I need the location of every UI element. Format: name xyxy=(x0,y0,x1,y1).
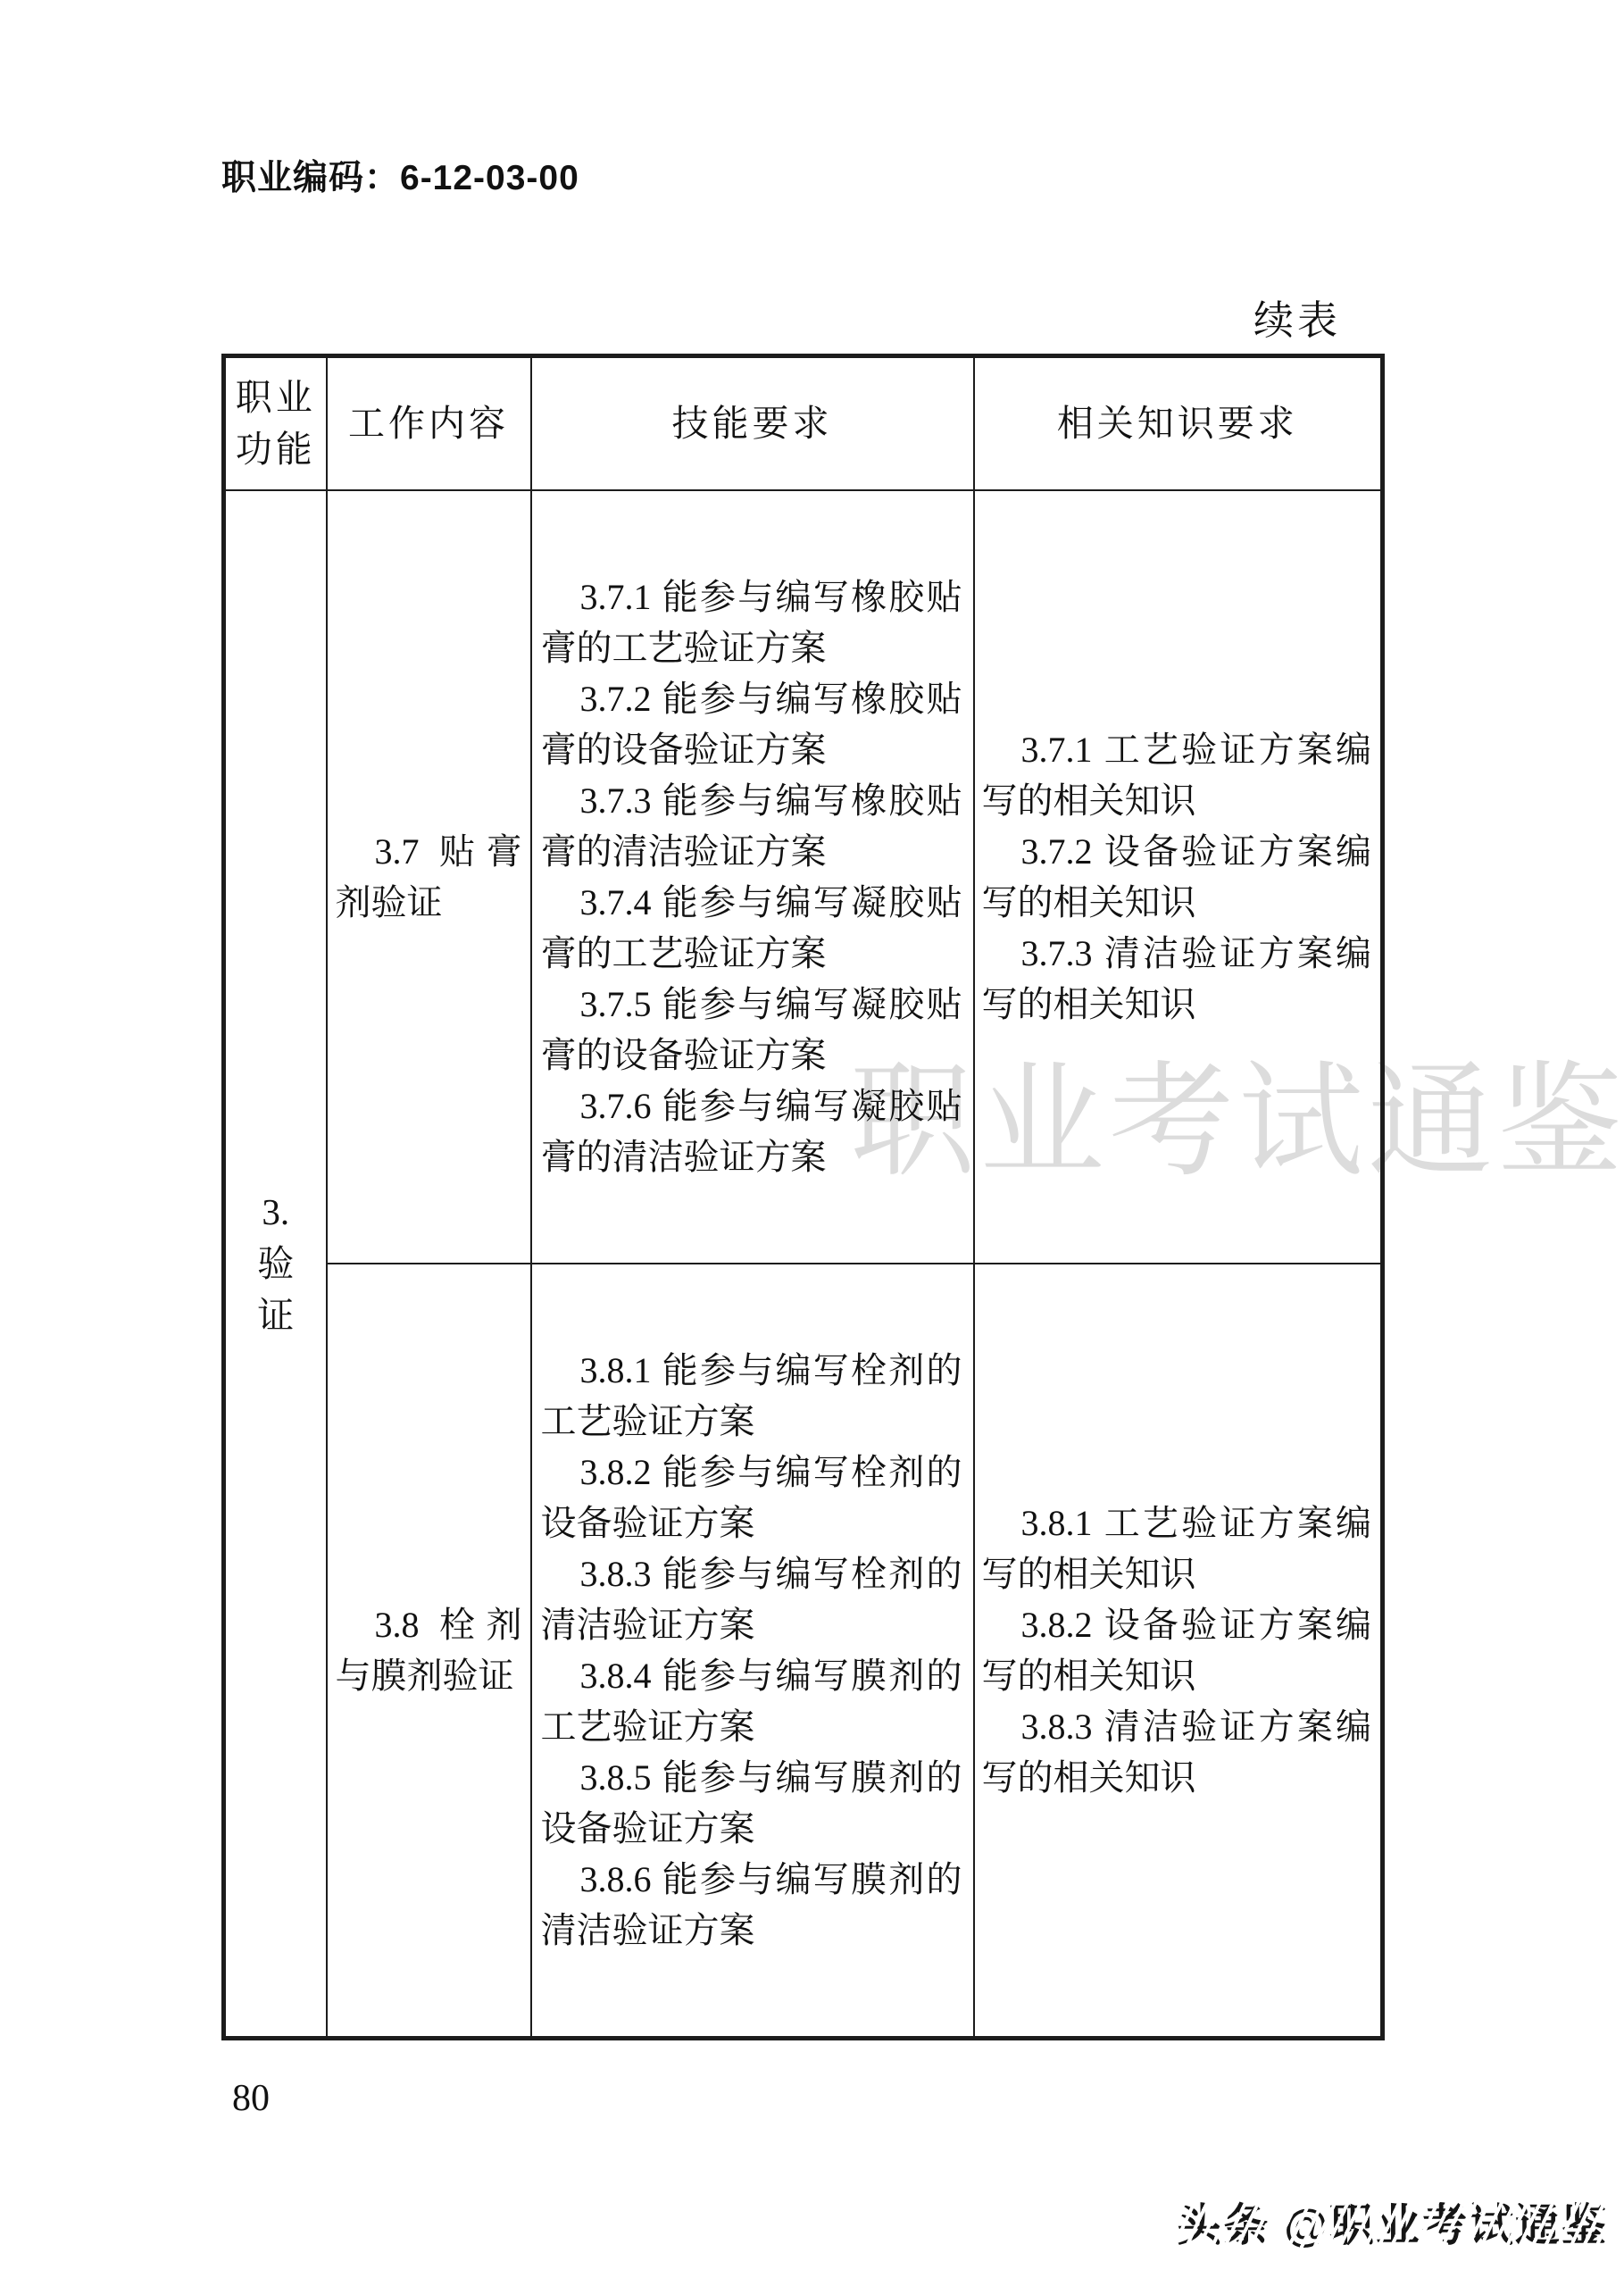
header-knowledge-requirements: 相关知识要求 xyxy=(974,356,1383,490)
cell-work-content-3-7: 3.7 贴膏 剂验证 xyxy=(327,490,531,1264)
header-occupational-function: 职业 功能 xyxy=(224,356,327,490)
work-content-line: 剂验证 xyxy=(336,877,522,928)
header-line: 功能 xyxy=(226,423,326,475)
skill-line: 3.7.2 能参与编写橡胶贴 xyxy=(541,673,962,724)
function-line: 验 xyxy=(226,1238,326,1289)
table-row: 3. 验 证 3.7 贴膏 剂验证 3.7.1 能参与编写橡胶贴 膏的工艺验证方… xyxy=(224,490,1383,1264)
skill-line: 膏的清洁验证方案 xyxy=(541,826,962,877)
function-line: 证 xyxy=(226,1289,326,1341)
cell-occupational-function: 3. 验 证 xyxy=(224,490,327,2039)
skill-line: 3.7.5 能参与编写凝胶贴 xyxy=(541,979,962,1030)
knowledge-line: 写的相关知识 xyxy=(982,877,1372,928)
knowledge-line: 3.8.3 清洁验证方案编 xyxy=(982,1701,1372,1752)
skill-line: 3.8.6 能参与编写膜剂的 xyxy=(541,1854,962,1905)
skill-line: 3.8.2 能参与编写栓剂的 xyxy=(541,1447,962,1498)
table-row: 3.8 栓剂 与膜剂验证 3.8.1 能参与编写栓剂的 工艺验证方案 3.8.2… xyxy=(224,1264,1383,2039)
knowledge-line: 写的相关知识 xyxy=(982,1650,1372,1701)
work-content-line: 与膜剂验证 xyxy=(336,1650,522,1701)
cell-work-content-3-8: 3.8 栓剂 与膜剂验证 xyxy=(327,1264,531,2039)
knowledge-line: 写的相关知识 xyxy=(982,979,1372,1030)
occupation-code: 职业编码：6-12-03-00 xyxy=(221,150,579,200)
header-line: 技能要求 xyxy=(532,397,973,449)
skill-line: 膏的清洁验证方案 xyxy=(541,1131,962,1182)
knowledge-line: 3.8.2 设备验证方案编 xyxy=(982,1599,1372,1650)
continued-table-label: 续表 xyxy=(221,288,1380,346)
skill-line: 3.7.6 能参与编写凝胶贴 xyxy=(541,1081,962,1131)
table-header-row: 职业 功能 工作内容 技能要求 相关知识要求 xyxy=(224,356,1383,490)
header-line: 职业 xyxy=(226,371,326,423)
cell-skills-3-8: 3.8.1 能参与编写栓剂的 工艺验证方案 3.8.2 能参与编写栓剂的 设备验… xyxy=(531,1264,974,2039)
skill-line: 膏的工艺验证方案 xyxy=(541,622,962,673)
skill-line: 设备验证方案 xyxy=(541,1803,962,1854)
skill-line: 膏的设备验证方案 xyxy=(541,724,962,775)
skill-line: 膏的设备验证方案 xyxy=(541,1030,962,1081)
knowledge-line: 3.7.3 清洁验证方案编 xyxy=(982,928,1372,979)
function-line: 3. xyxy=(226,1186,326,1238)
skill-line: 3.8.3 能参与编写栓剂的 xyxy=(541,1548,962,1599)
skill-line: 3.7.4 能参与编写凝胶贴 xyxy=(541,877,962,928)
skill-line: 膏的工艺验证方案 xyxy=(541,928,962,979)
document-page: { "page": { "header_code": "职业编码：6-12-03… xyxy=(0,0,1624,2278)
knowledge-line: 写的相关知识 xyxy=(982,1752,1372,1803)
knowledge-line: 3.7.2 设备验证方案编 xyxy=(982,826,1372,877)
skill-line: 工艺验证方案 xyxy=(541,1396,962,1447)
header-line: 工作内容 xyxy=(328,397,530,449)
cell-knowledge-3-8: 3.8.1 工艺验证方案编 写的相关知识 3.8.2 设备验证方案编 写的相关知… xyxy=(974,1264,1383,2039)
work-content-line: 3.8 栓剂 xyxy=(336,1599,522,1650)
skill-line: 3.8.5 能参与编写膜剂的 xyxy=(541,1752,962,1803)
skill-line: 3.7.1 能参与编写橡胶贴 xyxy=(541,572,962,622)
page-number: 80 xyxy=(232,2077,270,2120)
cell-skills-3-7: 3.7.1 能参与编写橡胶贴 膏的工艺验证方案 3.7.2 能参与编写橡胶贴 膏… xyxy=(531,490,974,1264)
knowledge-line: 3.8.1 工艺验证方案编 xyxy=(982,1498,1372,1548)
knowledge-line: 3.7.1 工艺验证方案编 xyxy=(982,724,1372,775)
knowledge-line: 写的相关知识 xyxy=(982,1548,1372,1599)
skill-line: 工艺验证方案 xyxy=(541,1701,962,1752)
knowledge-line: 写的相关知识 xyxy=(982,775,1372,826)
skill-line: 清洁验证方案 xyxy=(541,1599,962,1650)
skill-line: 清洁验证方案 xyxy=(541,1905,962,1956)
skill-line: 3.8.4 能参与编写膜剂的 xyxy=(541,1650,962,1701)
skill-line: 设备验证方案 xyxy=(541,1498,962,1548)
skill-line: 3.8.1 能参与编写栓剂的 xyxy=(541,1345,962,1396)
footer-credit: 头条 @职业考试通鉴 xyxy=(1177,2190,1608,2254)
header-skill-requirements: 技能要求 xyxy=(531,356,974,490)
header-work-content: 工作内容 xyxy=(327,356,531,490)
header-line: 相关知识要求 xyxy=(975,397,1381,449)
work-content-line: 3.7 贴膏 xyxy=(336,826,522,877)
skill-requirements-table: 职业 功能 工作内容 技能要求 相关知识要求 3. 验 证 3.7 贴膏 剂验证… xyxy=(221,354,1385,2040)
skill-line: 3.7.3 能参与编写橡胶贴 xyxy=(541,775,962,826)
cell-knowledge-3-7: 3.7.1 工艺验证方案编 写的相关知识 3.7.2 设备验证方案编 写的相关知… xyxy=(974,490,1383,1264)
